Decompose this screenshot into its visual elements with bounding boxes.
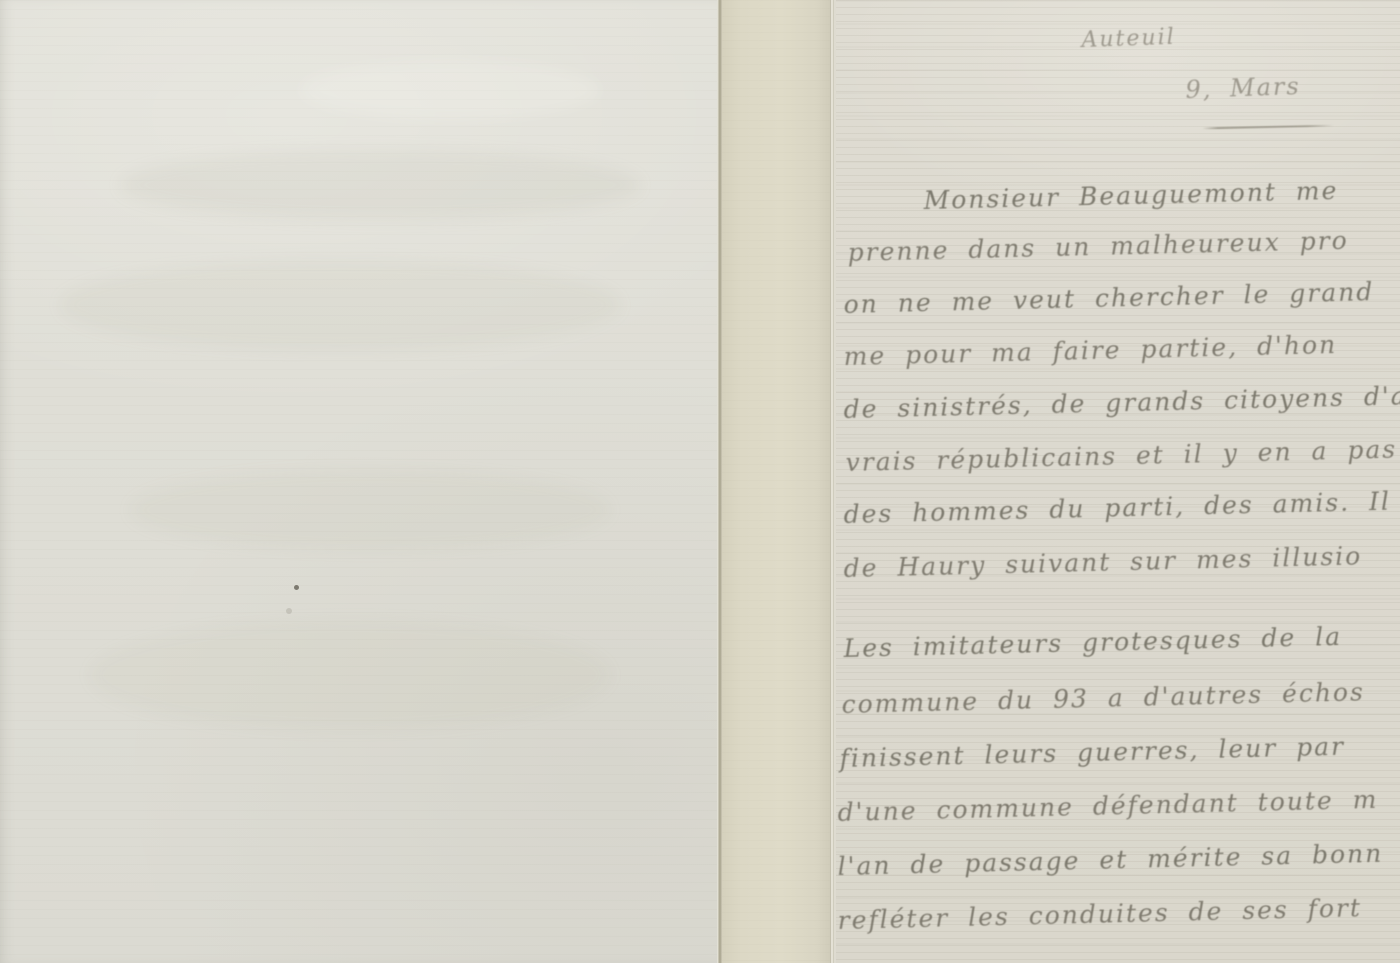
handwriting-line: refléter les conduites de ses fort [837,893,1362,935]
right-page: Auteuil 9, Mars Monsieur Beauguemont me … [836,0,1400,963]
handwriting-line: on ne me veut chercher le grand [843,277,1374,319]
heading-date: 9, Mars [1185,72,1301,104]
handwriting-line: l'an de passage et mérite sa bonn [837,839,1383,881]
manuscript-scan: Auteuil 9, Mars Monsieur Beauguemont me … [0,0,1400,963]
handwriting-line: d'une commune défendant toute m [837,785,1378,827]
handwriting-line: Les imitateurs grotesques de la [843,622,1342,663]
gutter-margin [722,0,830,963]
handwriting-line: me pour ma faire partie, d'hon [843,330,1337,371]
ink-speck-faint [286,608,292,614]
show-through-smudge [90,620,610,730]
show-through-smudge [130,470,610,550]
handwriting-line: commune du 93 a d'autres échos [841,677,1365,719]
show-through-smudge [120,150,640,220]
handwriting-line: finissent leurs guerres, leur par [839,732,1345,773]
handwriting-line: de sinistrés, de grands citoyens d'a [843,381,1400,424]
show-through-smudge [60,260,620,350]
underline-flourish [1202,125,1334,130]
handwriting-line: de Haury suivant sur mes illusio [843,541,1362,583]
heading-place: Auteuil [1081,25,1176,53]
handwriting-line: des hommes du parti, des amis. Il n [843,486,1400,529]
handwriting-line: Monsieur Beauguemont me [923,176,1338,215]
handwriting-line: prenne dans un malheureux pro [847,226,1349,267]
show-through-smudge [300,60,600,120]
left-page [0,0,717,963]
handwriting-line: vrais républicains et il y en a pas [845,435,1397,477]
ink-speck [294,585,299,590]
